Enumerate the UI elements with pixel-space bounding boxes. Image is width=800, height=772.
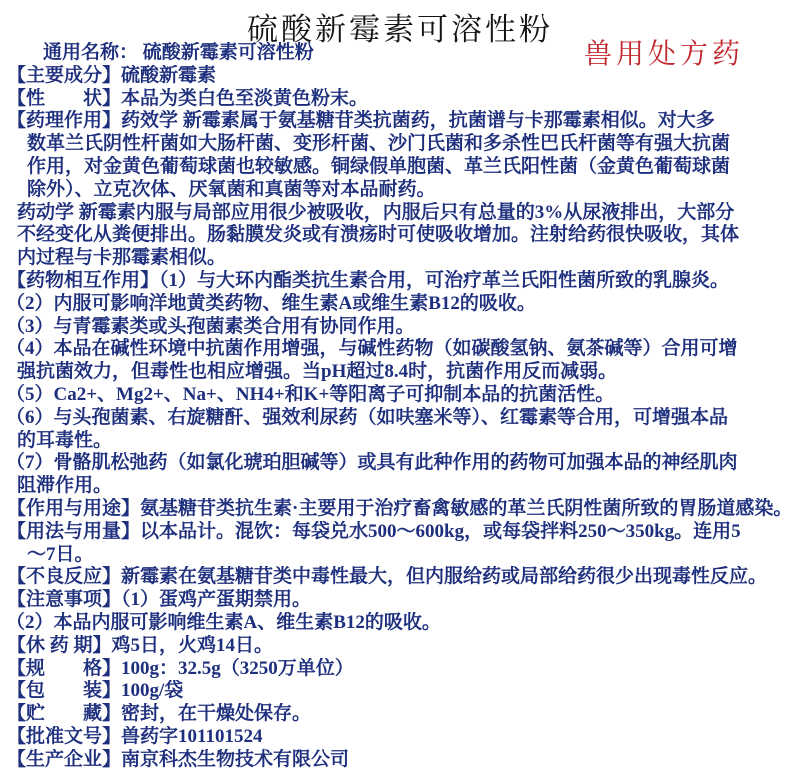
line-interactions-6: （6）与头孢菌素、右旋糖酐、强效利尿药（如呋塞米等）、红霉素等合用，可增强本品: [0, 407, 800, 430]
line-interactions-1: 【药物相互作用】（1）与大环内酯类抗生素合用，可治疗革兰氏阳性菌所致的乳腺炎。: [0, 270, 800, 293]
line-pharmacokinetics-2: 不经变化从粪便排出。肠黏膜发炎或有溃疡时可使吸收增加。注射给药很快吸收，其体: [0, 224, 800, 247]
line-pharmacology-3: 作用，对金黄色葡萄球菌也较敏感。铜绿假单胞菌、革兰氏阳性菌（金黄色葡萄球菌: [0, 156, 800, 179]
line-packaging: 【包 装】100g/袋: [0, 680, 800, 703]
line-interactions-6-cont: 的耳毒性。: [0, 430, 800, 453]
line-specification: 【规 格】100g：32.5g（3250万单位）: [0, 658, 800, 681]
line-interactions-5: （5）Ca2+、Mg2+、Na+、NH4+和K+等阳离子可抑制本品的抗菌活性。: [0, 384, 800, 407]
line-main-ingredient: 【主要成分】硫酸新霉素: [0, 65, 800, 88]
line-pharmacokinetics-3: 内过程与卡那霉素相似。: [0, 247, 800, 270]
line-interactions-3: （3）与青霉素类或头孢菌素类合用有协同作用。: [0, 316, 800, 339]
line-withdrawal-period: 【休 药 期】鸡5日，火鸡14日。: [0, 635, 800, 658]
line-interactions-7-cont: 阻滞作用。: [0, 475, 800, 498]
line-dosage-1: 【用法与用量】以本品计。混饮：每袋兑水500～600kg，或每袋拌料250～35…: [0, 521, 800, 544]
line-manufacturer: 【生产企业】南京科杰生物技术有限公司: [0, 749, 800, 772]
line-approval-number: 【批准文号】兽药字101101524: [0, 726, 800, 749]
line-storage: 【贮 藏】密封，在干燥处保存。: [0, 703, 800, 726]
line-pharmacokinetics-1: 药动学 新霉素内服与局部应用很少被吸收，内服后只有总量的3%从尿液排出，大部分: [0, 202, 800, 225]
line-precautions-1: 【注意事项】（1）蛋鸡产蛋期禁用。: [0, 589, 800, 612]
line-pharmacology-2: 数革兰氏阴性杆菌如大肠杆菌、变形杆菌、沙门氏菌和多杀性巴氏杆菌等有强大抗菌: [0, 133, 800, 156]
line-pharmacology-4: 除外）、立克次体、厌氧菌和真菌等对本品耐药。: [0, 179, 800, 202]
line-generic-name: 通用名称： 硫酸新霉素可溶性粉: [0, 42, 800, 65]
line-interactions-2: （2）内服可影响洋地黄类药物、维生素A或维生素B12的吸收。: [0, 293, 800, 316]
line-interactions-4: （4）本品在碱性环境中抗菌作用增强，与碱性药物（如碳酸氢钠、氨茶碱等）合用可增: [0, 338, 800, 361]
line-pharmacology-1: 【药理作用】药效学 新霉素属于氨基糖苷类抗菌药，抗菌谱与卡那霉素相似。对大多: [0, 110, 800, 133]
line-indications: 【作用与用途】氨基糖苷类抗生素·主要用于治疗畜禽敏感的革兰氏阴性菌所致的胃肠道感…: [0, 498, 800, 521]
line-interactions-4-cont: 强抗菌效力，但毒性也相应增强。当pH超过8.4时，抗菌作用反而减弱。: [0, 361, 800, 384]
line-precautions-2: （2）本品内服可影响维生素A、维生素B12的吸收。: [0, 612, 800, 635]
line-adverse-reactions: 【不良反应】新霉素在氨基糖苷类中毒性最大，但内服给药或局部给药很少出现毒性反应。: [0, 566, 800, 589]
line-dosage-2: ～7日。: [0, 544, 800, 567]
line-description: 【性 状】本品为类白色至淡黄色粉末。: [0, 88, 800, 111]
drug-label-page: 硫酸新霉素可溶性粉 兽用处方药 通用名称： 硫酸新霉素可溶性粉 【主要成分】硫酸…: [0, 0, 800, 772]
line-interactions-7: （7）骨骼肌松弛药（如氯化琥珀胆碱等）或具有此种作用的药物可加强本品的神经肌肉: [0, 452, 800, 475]
label-text-body: 通用名称： 硫酸新霉素可溶性粉 【主要成分】硫酸新霉素 【性 状】本品为类白色至…: [0, 42, 800, 772]
